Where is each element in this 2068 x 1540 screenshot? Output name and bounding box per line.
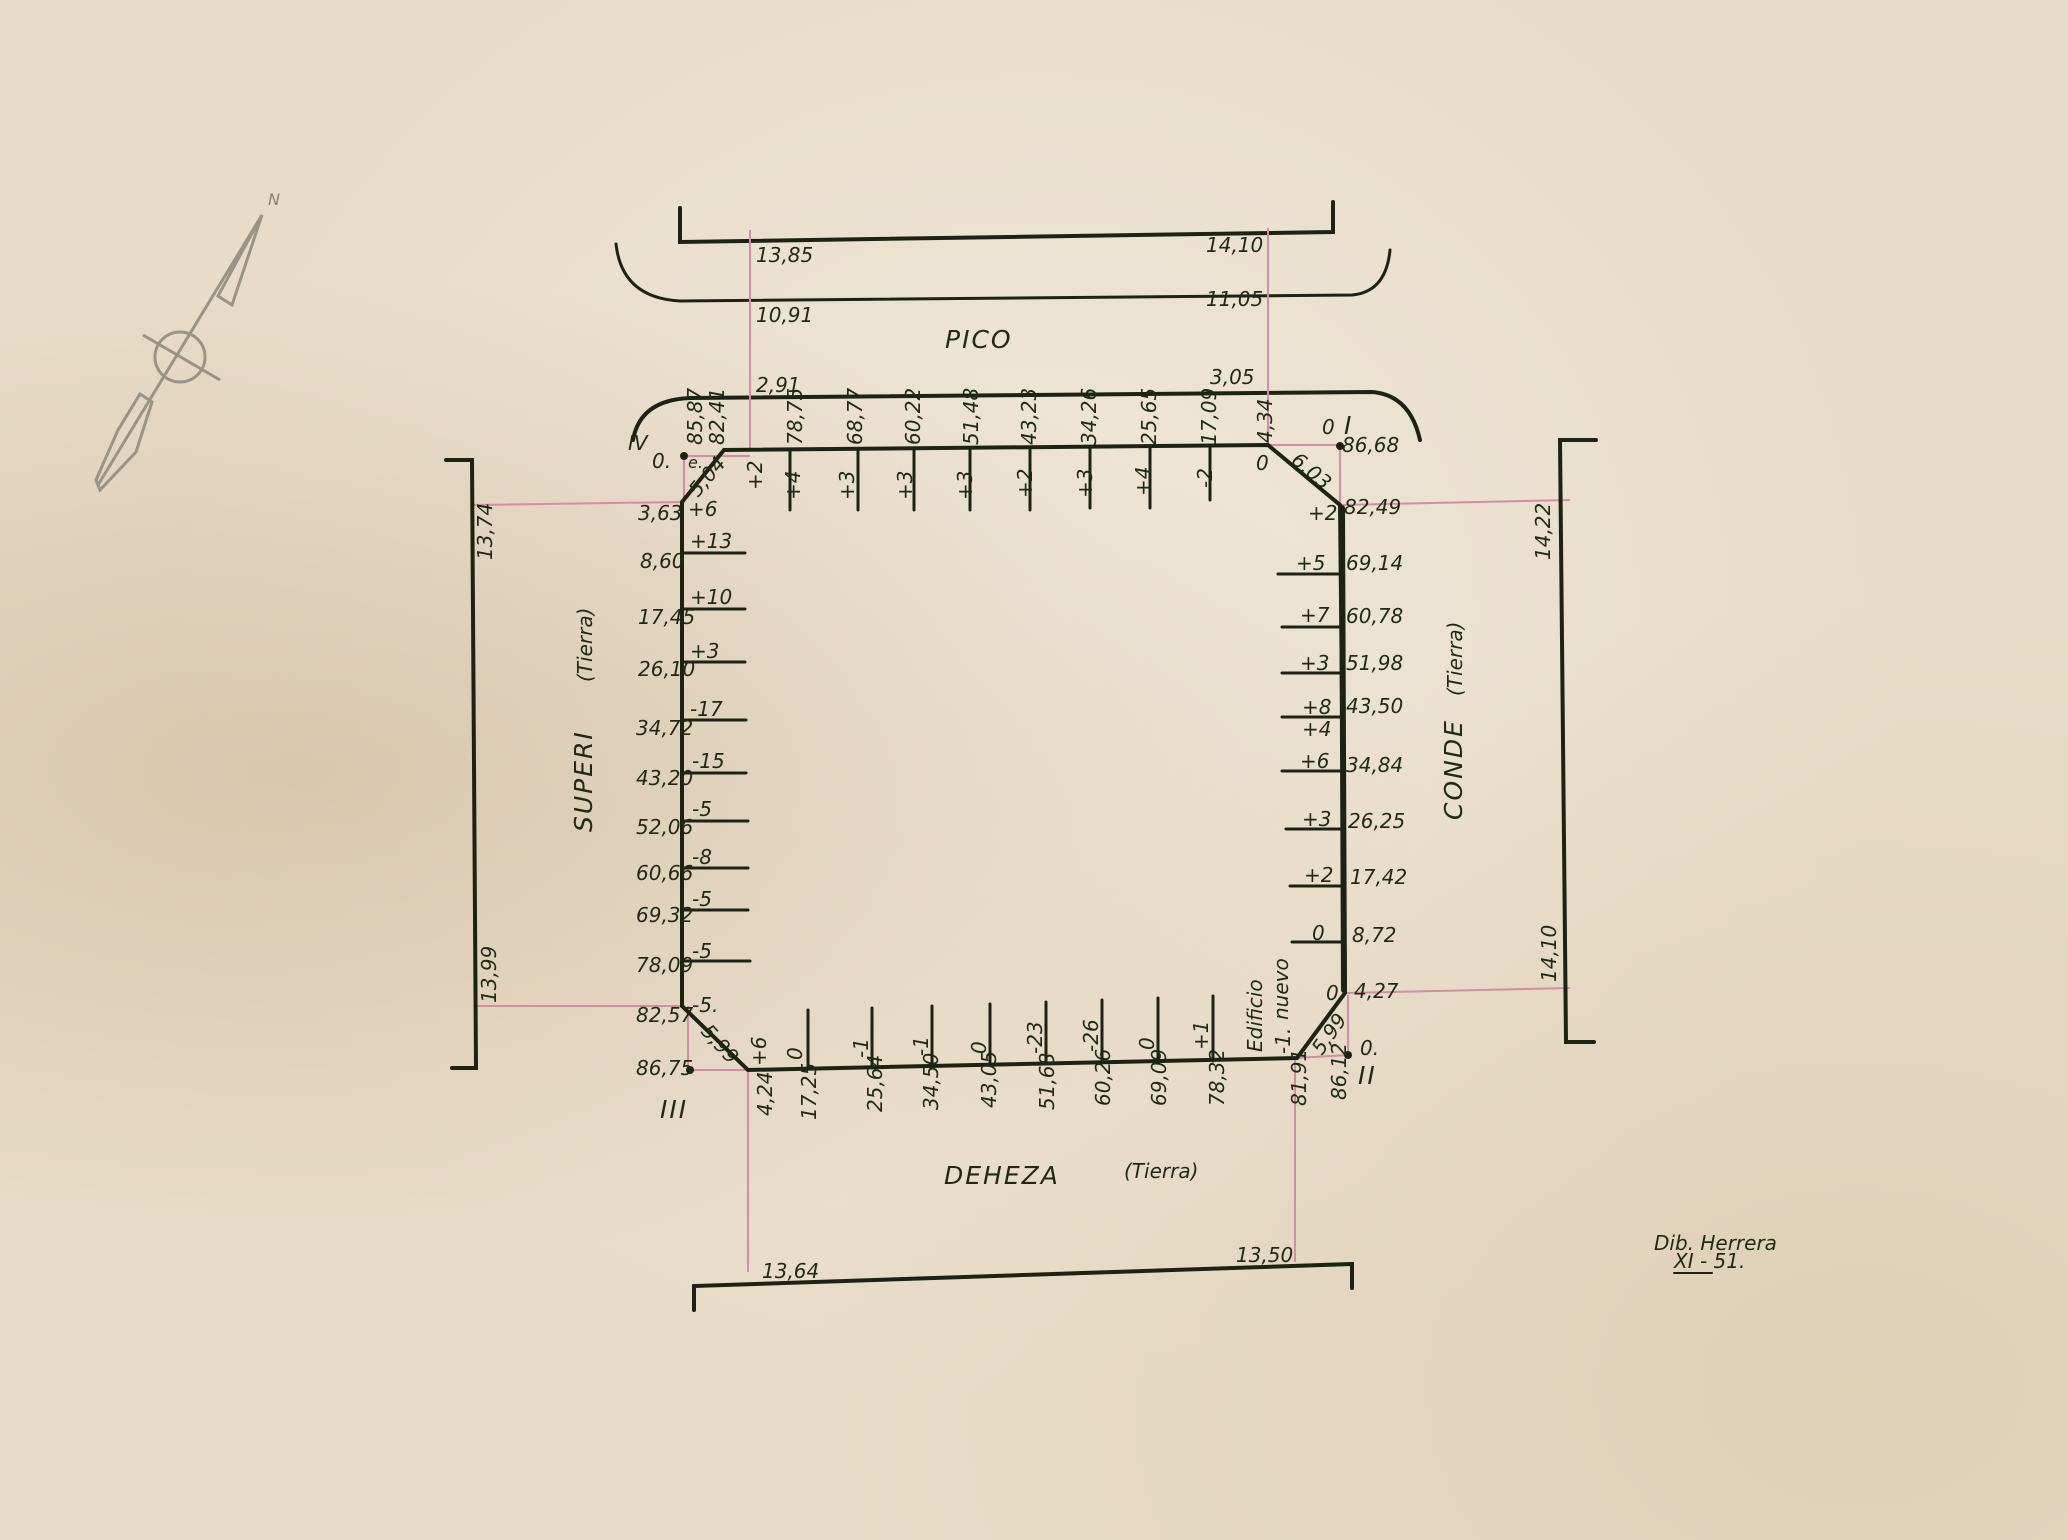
level-s-5: -23	[1023, 1021, 1047, 1054]
level-e-9: 0.	[1326, 981, 1345, 1005]
street-conde: 14,22 14,10 CONDE (Tierra)	[1439, 440, 1596, 1042]
chainage-w-1: 8,60	[640, 549, 685, 573]
chainage-e-6: 26,25	[1348, 809, 1405, 833]
level-e-1: +5	[1296, 551, 1325, 575]
level-w-10: -5.	[692, 993, 718, 1017]
level-n-7: +4	[1131, 467, 1155, 496]
chainage-n-0: 82,41	[705, 388, 729, 445]
level-n-4: +3	[953, 471, 977, 500]
level-w-1: +13	[690, 529, 732, 553]
chainage-n-2: 68,77	[843, 387, 867, 445]
north-label: N	[268, 190, 280, 209]
corner-iv-chainage: 85,87	[683, 387, 707, 445]
superi-top-distance: 13,74	[473, 503, 497, 560]
conde-surface: (Tierra)	[1443, 622, 1467, 696]
street-name-pico: PICO	[945, 325, 1013, 354]
chainage-e-5: 34,84	[1346, 753, 1403, 777]
chainage-s-7: 69,09	[1147, 1049, 1171, 1106]
conde-top-distance: 14,22	[1531, 503, 1555, 560]
level-n-1: +4	[781, 471, 805, 500]
corner-iii-chainage: 86,75	[636, 1056, 693, 1080]
survey-plan-sheet: N 13,85 14,10 10,91 11,05 PICO 2,91 3,05	[0, 0, 2068, 1540]
level-s-8: +1	[1189, 1021, 1213, 1050]
chainage-w-9: 78,09	[636, 953, 693, 977]
level-s-6: -26	[1079, 1019, 1103, 1052]
north-side-levels: +2 +4 +3 +3 +3 +2 +3 +4 -2 0	[743, 451, 1269, 500]
level-w-9: -5	[692, 939, 712, 963]
street-name-superi: SUPERI	[569, 730, 598, 832]
deheza-left-distance: 13,64	[762, 1259, 819, 1283]
corner-ii-level: 0.	[1360, 1036, 1379, 1060]
east-side-chainages: 82,49 69,14 60,78 51,98 43,50 34,84 26,2…	[1344, 495, 1407, 1003]
corner-iv-label: IV	[628, 431, 649, 455]
conde-bottom-distance: 14,10	[1537, 925, 1561, 982]
street-name-conde: CONDE	[1439, 719, 1468, 820]
chainage-n-4: 51,48	[959, 388, 983, 445]
chainage-w-5: 43,20	[636, 766, 693, 790]
chainage-w-3: 26,10	[638, 657, 695, 681]
level-n-5: +2	[1013, 469, 1037, 498]
pico-inner-left-distance: 10,91	[756, 303, 813, 327]
corner-i: 0 I 86,68 6,03	[1287, 411, 1399, 494]
west-side-levels: +6 +13 +10 +3 -17 -15 -5 -8 -5 -5 -5.	[688, 497, 732, 1017]
chainage-e-1: 69,14	[1346, 551, 1403, 575]
chainage-e-0: 82,49	[1344, 495, 1401, 519]
chainage-n-1: 78,75	[783, 388, 807, 445]
level-n-6: +3	[1073, 469, 1097, 498]
chainage-w-8: 69,32	[636, 903, 693, 927]
chainage-e-7: 17,42	[1350, 865, 1407, 889]
east-side-levels: +2 +5 +7 +3 +8 +4 +6 +3 +2 0 0.	[1296, 501, 1345, 1005]
chainage-w-7: 60,66	[636, 861, 693, 885]
level-e-6: +3	[1302, 807, 1331, 831]
street-name-deheza: DEHEZA	[944, 1161, 1060, 1190]
chainage-w-6: 52,06	[636, 815, 693, 839]
west-side-chainages: 3,63 8,60 17,45 26,10 34,72 43,20 52,06 …	[636, 501, 695, 1027]
street-superi: 13,74 13,99 SUPERI (Tierra)	[446, 460, 598, 1068]
chainage-s-6: 60,26	[1091, 1049, 1115, 1106]
chainage-e-9: 4,27	[1354, 979, 1399, 1003]
chainage-n-6: 34,26	[1077, 388, 1101, 445]
level-n-8: -2	[1193, 468, 1217, 488]
level-e-3: +3	[1300, 651, 1329, 675]
chainage-w-0: 3,63	[638, 501, 683, 525]
level-e-4: +8	[1302, 695, 1331, 719]
level-s-7: 0	[1135, 1037, 1159, 1050]
street-deheza: 13,64 13,50 DEHEZA (Tierra)	[694, 1159, 1352, 1310]
chainage-e-8: 8,72	[1352, 923, 1397, 947]
level-w-6: -5	[692, 797, 712, 821]
level-e-7: +2	[1304, 863, 1333, 887]
chainage-e-2: 60,78	[1346, 604, 1403, 628]
note-edificio: Edificio	[1243, 979, 1267, 1052]
superi-bottom-distance: 13,99	[477, 946, 501, 1003]
deheza-right-distance: 13,50	[1236, 1243, 1293, 1267]
chainage-e-4: 43,50	[1346, 694, 1403, 718]
deheza-surface: (Tierra)	[1124, 1159, 1198, 1183]
pico-parcel-right-distance: 3,05	[1210, 365, 1255, 389]
level-n-2: +3	[835, 471, 859, 500]
level-s-0: +6	[747, 1037, 771, 1066]
level-w-7: -8	[692, 845, 712, 869]
pico-outer-left-distance: 13,85	[756, 243, 813, 267]
chainage-w-4: 34,72	[636, 716, 693, 740]
south-side-chainages: 4,24 17,25 25,64 34,50 43,05 51,68 60,26…	[753, 1049, 1311, 1120]
level-w-8: -5	[692, 887, 712, 911]
chainage-s-8: 78,32	[1205, 1049, 1229, 1106]
level-w-0: +6	[688, 497, 717, 521]
level-n-3: +3	[893, 471, 917, 500]
level-w-4: -17	[690, 697, 723, 721]
corner-i-chainage: 86,68	[1342, 433, 1399, 457]
corner-iii-label: III	[660, 1095, 688, 1124]
pico-inner-right-distance: 11,05	[1206, 287, 1263, 311]
signature-date: XI - 51.	[1673, 1249, 1745, 1273]
chainage-s-2: 25,64	[863, 1055, 887, 1112]
chainage-s-1: 17,25	[797, 1063, 821, 1120]
corner-i-level: 0	[1322, 415, 1335, 439]
chainage-n-3: 60,22	[901, 388, 925, 445]
draftsman-signature: Dib. Herrera XI - 51.	[1654, 1231, 1777, 1273]
level-s-1: 0	[783, 1047, 807, 1060]
chainage-s-3: 34,50	[919, 1053, 943, 1110]
corner-ii-label: II	[1358, 1061, 1377, 1090]
chainage-n-5: 43,23	[1017, 388, 1041, 445]
chainage-e-3: 51,98	[1346, 651, 1403, 675]
corner-iii: 86,75 III 5,99	[636, 1019, 744, 1124]
note-nuevo: nuevo	[1269, 958, 1293, 1020]
level-e-0: +2	[1308, 501, 1337, 525]
chainage-w-2: 17,45	[638, 605, 695, 629]
superi-surface: (Tierra)	[573, 608, 597, 682]
north-arrow-icon: N	[96, 190, 280, 490]
construction-lines	[472, 228, 1570, 1272]
level-w-5: -15	[692, 749, 725, 773]
corner-iv-level: 0.	[652, 449, 671, 473]
chainage-w-10: 82,57	[636, 1003, 694, 1027]
chainage-n-9: 4,34	[1253, 398, 1277, 443]
parcel-outline	[682, 445, 1345, 1070]
corner-i-chamfer: 6,03	[1287, 447, 1337, 494]
level-e-5: +6	[1300, 749, 1329, 773]
level-n-0: +2	[743, 461, 767, 490]
level-w-3: +3	[690, 639, 719, 663]
chainage-n-7: 25,65	[1137, 388, 1161, 445]
level-n-9: 0	[1256, 451, 1269, 475]
level-e-extra: +4	[1302, 717, 1331, 741]
chainage-s-5: 51,68	[1035, 1053, 1059, 1110]
corner-ii: 0. II 86,12 5,99	[1306, 1009, 1379, 1100]
level-e-2: +7	[1300, 603, 1330, 627]
pico-outer-right-distance: 14,10	[1206, 233, 1263, 257]
chainage-s-4: 43,05	[977, 1051, 1001, 1108]
level-w-2: +10	[690, 585, 732, 609]
chainage-s-9: 81,91	[1287, 1049, 1311, 1106]
chainage-s-0: 4,24	[753, 1071, 777, 1116]
chainage-n-8: 17,09	[1197, 388, 1221, 445]
level-e-8: 0	[1312, 921, 1325, 945]
